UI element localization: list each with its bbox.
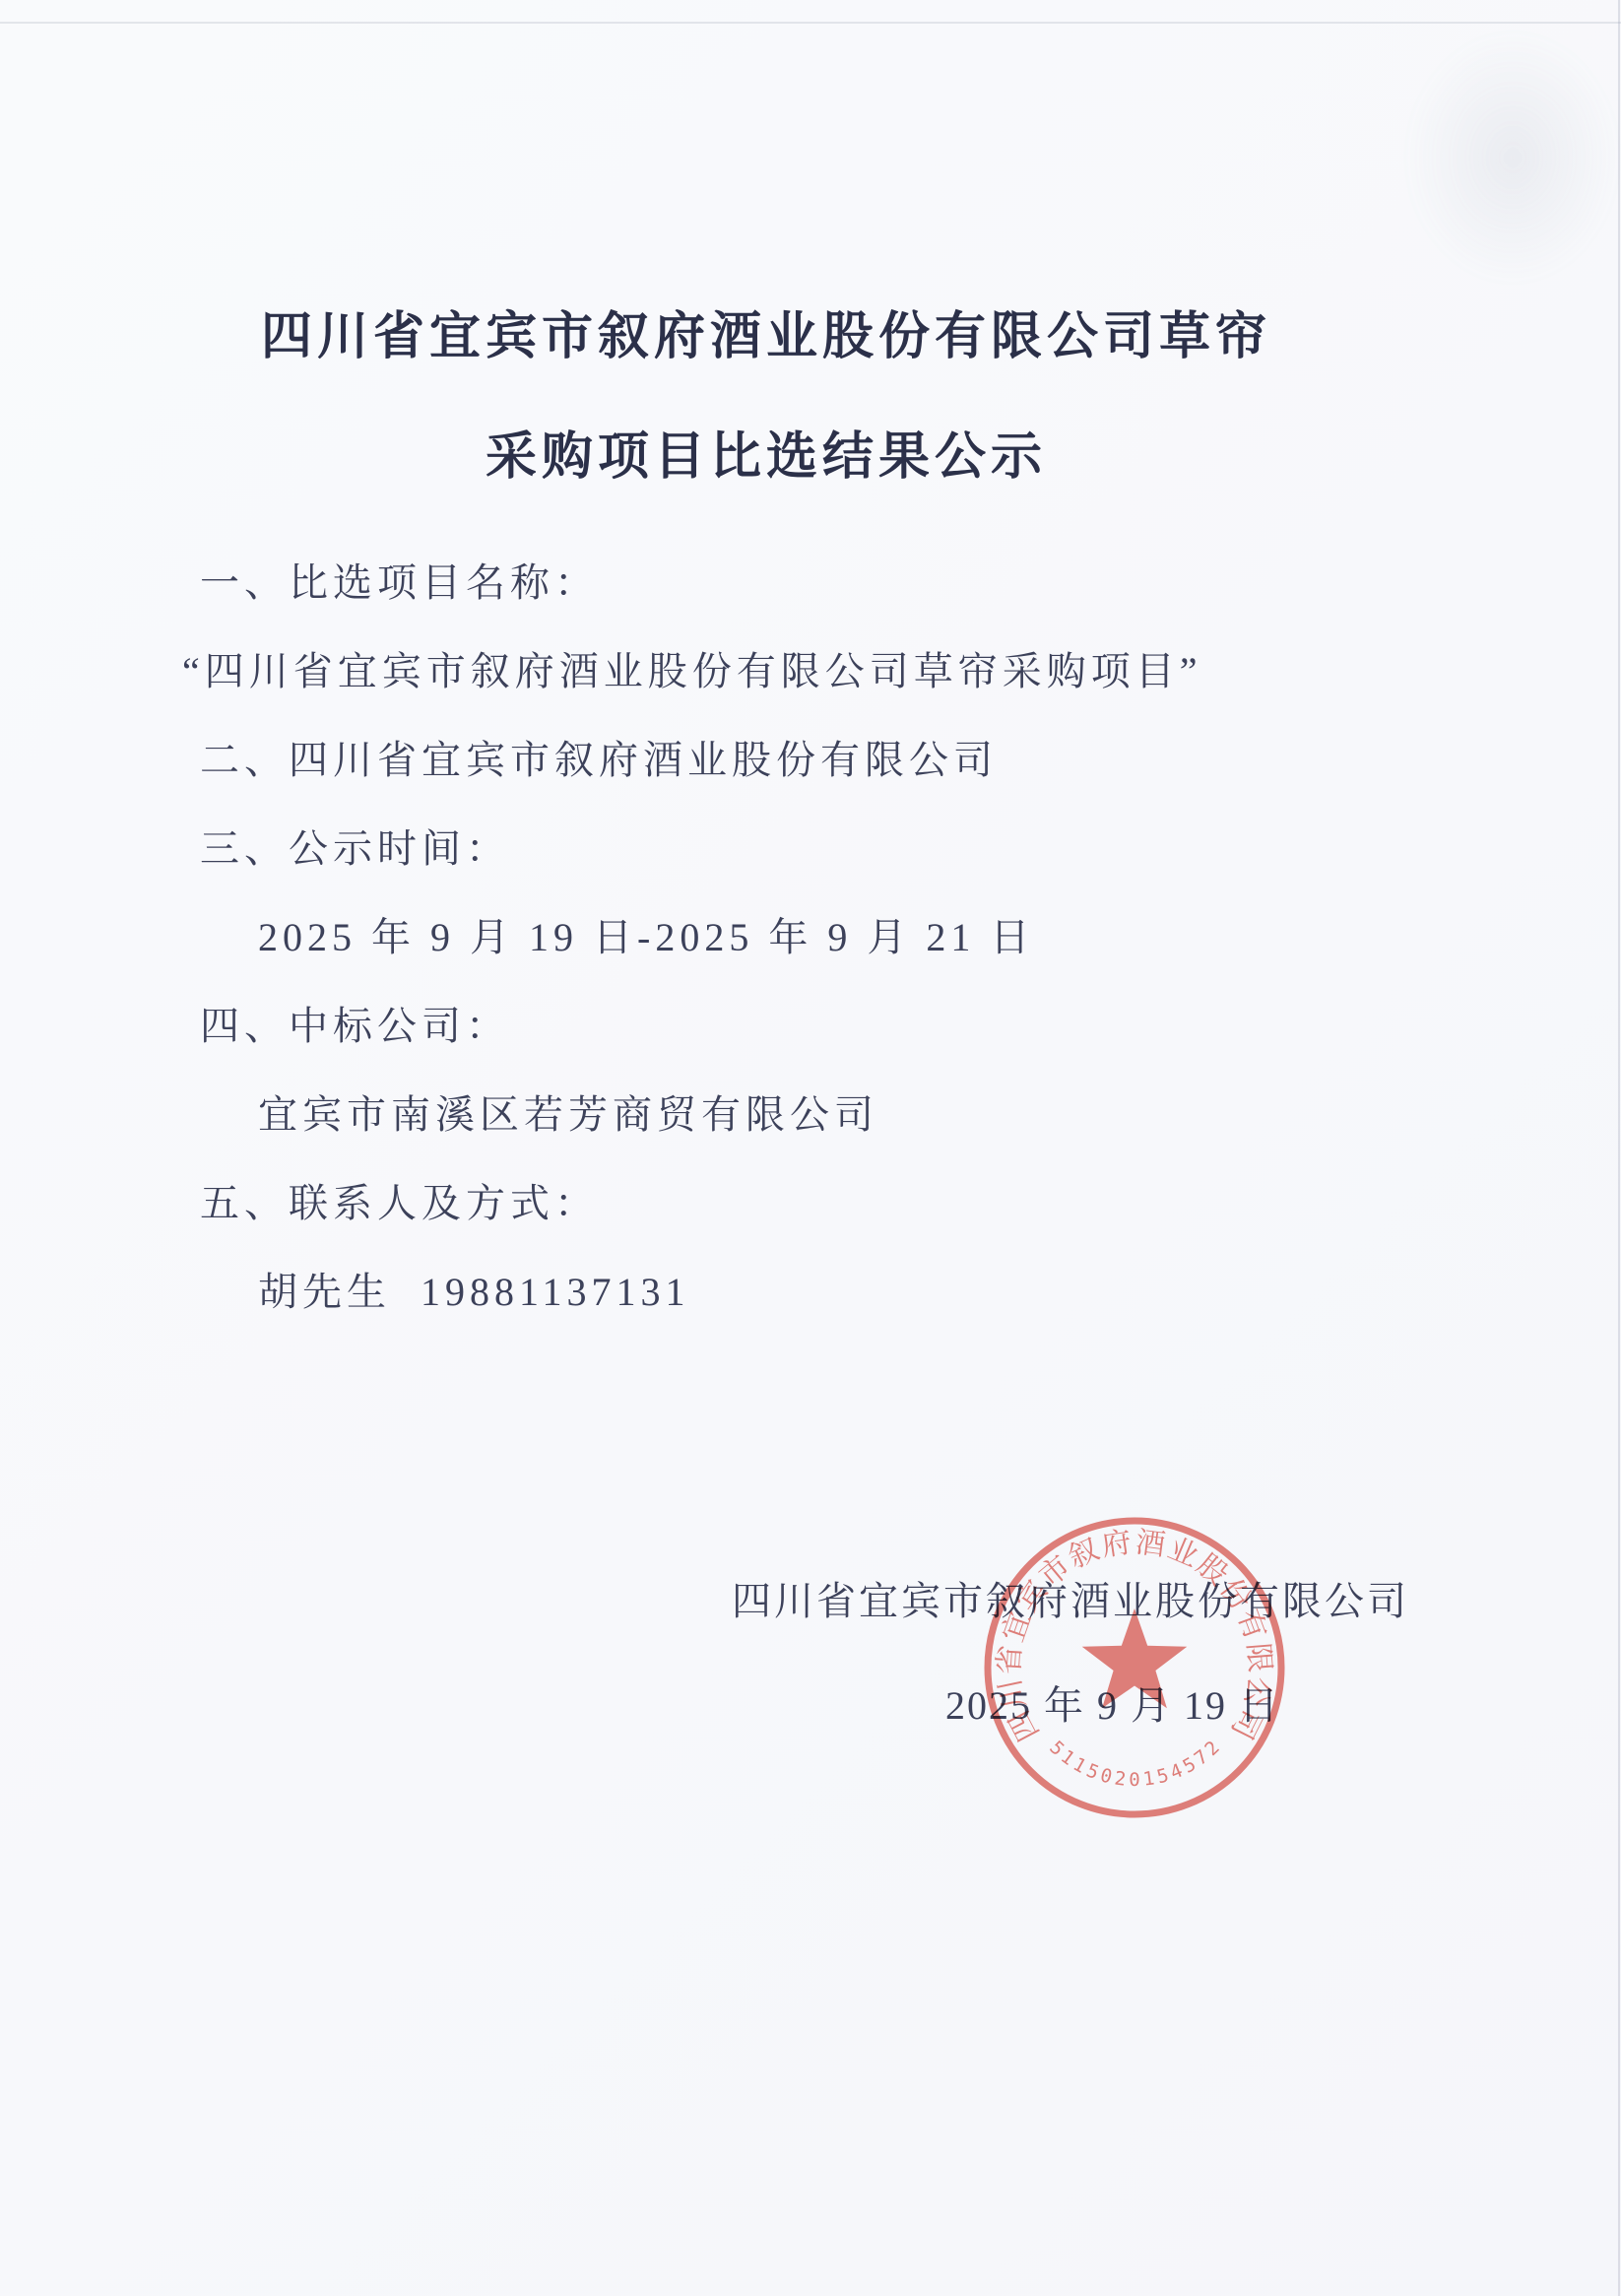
scan-artifact-top-line [0,22,1621,24]
body-line-section5-heading: 五、联系人及方式： [200,1159,1480,1248]
body-line-winning-company: 宜宾市南溪区若芳商贸有限公司 [258,1071,1480,1159]
signature-company-name: 四川省宜宾市叙府酒业股份有限公司 [732,1570,1409,1626]
body-line-section2-company: 二、四川省宜宾市叙府酒业股份有限公司 [200,716,1480,805]
signature-date: 2025 年 9 月 19 日 [945,1674,1280,1731]
document-page: 四川省宜宾市叙府酒业股份有限公司草帘 采购项目比选结果公示 一、比选项目名称： … [0,0,1621,2296]
document-title-line1: 四川省宜宾市叙府酒业股份有限公司草帘 [0,307,1621,366]
body-line-project-name: “四川省宜宾市叙府酒业股份有限公司草帘采购项目” [182,627,1480,716]
seal-serial-number: 5115020154572 [1045,1737,1224,1791]
company-seal: 四川省宜宾市叙府酒业股份有限公司 5115020154572 [981,1514,1288,1821]
body-line-contact-info: 胡先生 19881137131 [258,1248,1480,1337]
body-line-section1-heading: 一、比选项目名称： [200,539,1480,627]
seal-border-circle [988,1521,1281,1814]
scan-artifact-smudge [1404,30,1621,286]
body-line-section4-heading: 四、中标公司： [200,982,1480,1071]
document-title-line2: 采购项目比选结果公示 [0,427,1621,487]
body-line-publicity-dates: 2025 年 9 月 19 日-2025 年 9 月 21 日 [258,893,1480,982]
document-body: 一、比选项目名称： “四川省宜宾市叙府酒业股份有限公司草帘采购项目” 二、四川省… [200,539,1480,1337]
body-line-section3-heading: 三、公示时间： [200,805,1480,893]
